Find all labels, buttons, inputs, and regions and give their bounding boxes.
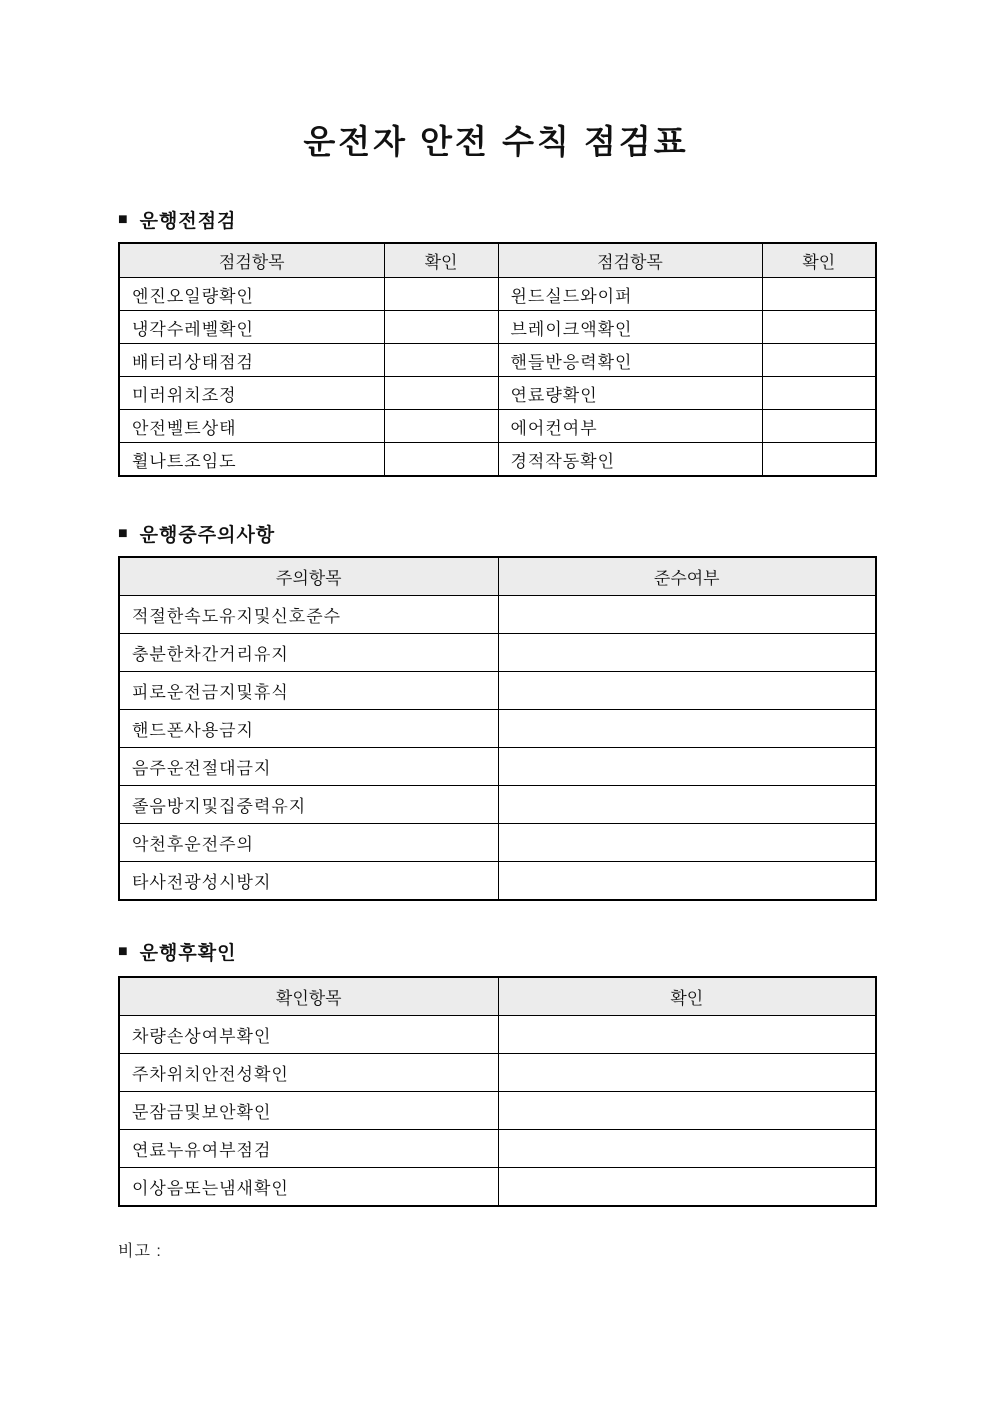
- check-item-cell: 문잠금및보안확인: [119, 1092, 498, 1130]
- while-driving-table: 주의항목 준수여부 적절한속도유지및신호준수 충분한차간거리유지 피로운전금지및…: [118, 556, 877, 901]
- check-item-cell: 음주운전절대금지: [119, 748, 498, 786]
- check-box-cell: [498, 596, 876, 634]
- check-box-cell: [762, 410, 876, 443]
- square-bullet-icon: ■: [118, 526, 129, 542]
- column-header-check: 확인: [762, 243, 876, 278]
- check-item-cell: 경적작동확인: [498, 443, 762, 477]
- check-box-cell: [762, 443, 876, 477]
- check-box-cell: [762, 344, 876, 377]
- table-header-row: 확인항목 확인: [119, 977, 876, 1016]
- check-box-cell: [498, 1168, 876, 1207]
- table-row: 충분한차간거리유지: [119, 634, 876, 672]
- table-header-row: 점검항목 확인 점검항목 확인: [119, 243, 876, 278]
- check-box-cell: [762, 377, 876, 410]
- column-header-check: 확인: [498, 977, 876, 1016]
- check-box-cell: [762, 311, 876, 344]
- check-item-cell: 엔진오일량확인: [119, 278, 384, 311]
- check-item-cell: 타사전광성시방지: [119, 862, 498, 901]
- check-item-cell: 브레이크액확인: [498, 311, 762, 344]
- table-row: 이상음또는냄새확인: [119, 1168, 876, 1207]
- check-box-cell: [498, 672, 876, 710]
- check-item-cell: 윈드실드와이퍼: [498, 278, 762, 311]
- check-item-cell: 피로운전금지및휴식: [119, 672, 498, 710]
- check-item-cell: 핸드폰사용금지: [119, 710, 498, 748]
- column-header-item: 점검항목: [119, 243, 384, 278]
- check-item-cell: 연료누유여부점검: [119, 1130, 498, 1168]
- pre-drive-table: 점검항목 확인 점검항목 확인 엔진오일량확인 윈드실드와이퍼 냉각수레벨확인 …: [118, 242, 877, 477]
- check-box-cell: [384, 278, 498, 311]
- table-row: 핸드폰사용금지: [119, 710, 876, 748]
- check-item-cell: 냉각수레벨확인: [119, 311, 384, 344]
- check-item-cell: 에어컨여부: [498, 410, 762, 443]
- table-row: 냉각수레벨확인 브레이크액확인: [119, 311, 876, 344]
- check-item-cell: 적절한속도유지및신호준수: [119, 596, 498, 634]
- table-row: 연료누유여부점검: [119, 1130, 876, 1168]
- check-box-cell: [498, 634, 876, 672]
- check-item-cell: 안전벨트상태: [119, 410, 384, 443]
- table-row: 휠나트조임도 경적작동확인: [119, 443, 876, 477]
- check-item-cell: 악천후운전주의: [119, 824, 498, 862]
- column-header-item: 확인항목: [119, 977, 498, 1016]
- check-box-cell: [498, 1092, 876, 1130]
- table-row: 안전벨트상태 에어컨여부: [119, 410, 876, 443]
- document-page: 운전자 안전 수칙 점검표 ■ 운행전점검 점검항목 확인 점검항목 확인 엔진…: [0, 0, 992, 1403]
- check-box-cell: [498, 1016, 876, 1054]
- check-box-cell: [384, 344, 498, 377]
- check-item-cell: 미러위치조정: [119, 377, 384, 410]
- check-item-cell: 충분한차간거리유지: [119, 634, 498, 672]
- table-row: 차량손상여부확인: [119, 1016, 876, 1054]
- column-header-item: 주의항목: [119, 557, 498, 596]
- table-row: 미러위치조정 연료량확인: [119, 377, 876, 410]
- check-item-cell: 졸음방지및집중력유지: [119, 786, 498, 824]
- table-row: 악천후운전주의: [119, 824, 876, 862]
- table-row: 타사전광성시방지: [119, 862, 876, 901]
- section-heading-label: 운행전점검: [140, 206, 237, 233]
- check-box-cell: [498, 862, 876, 901]
- check-item-cell: 배터리상태점검: [119, 344, 384, 377]
- check-box-cell: [498, 786, 876, 824]
- table-header-row: 주의항목 준수여부: [119, 557, 876, 596]
- post-drive-table: 확인항목 확인 차량손상여부확인 주차위치안전성확인 문잠금및보안확인 연료누유…: [118, 976, 877, 1207]
- remarks-label: 비고 :: [118, 1238, 162, 1261]
- table-row: 문잠금및보안확인: [119, 1092, 876, 1130]
- check-box-cell: [384, 311, 498, 344]
- check-box-cell: [498, 824, 876, 862]
- check-box-cell: [384, 377, 498, 410]
- table-row: 적절한속도유지및신호준수: [119, 596, 876, 634]
- check-item-cell: 차량손상여부확인: [119, 1016, 498, 1054]
- check-box-cell: [498, 710, 876, 748]
- check-item-cell: 이상음또는냄새확인: [119, 1168, 498, 1207]
- table-row: 음주운전절대금지: [119, 748, 876, 786]
- page-title: 운전자 안전 수칙 점검표: [0, 116, 992, 163]
- table-row: 엔진오일량확인 윈드실드와이퍼: [119, 278, 876, 311]
- table-row: 피로운전금지및휴식: [119, 672, 876, 710]
- check-item-cell: 핸들반응력확인: [498, 344, 762, 377]
- check-box-cell: [498, 1054, 876, 1092]
- section-heading-post-drive: ■ 운행후확인: [118, 938, 236, 965]
- check-box-cell: [384, 410, 498, 443]
- column-header-item: 점검항목: [498, 243, 762, 278]
- check-box-cell: [498, 748, 876, 786]
- column-header-check: 확인: [384, 243, 498, 278]
- check-item-cell: 휠나트조임도: [119, 443, 384, 477]
- check-item-cell: 연료량확인: [498, 377, 762, 410]
- section-heading-pre-drive: ■ 운행전점검: [118, 206, 236, 233]
- section-heading-label: 운행중주의사항: [140, 520, 275, 547]
- table-row: 배터리상태점검 핸들반응력확인: [119, 344, 876, 377]
- check-box-cell: [762, 278, 876, 311]
- section-heading-while-driving: ■ 운행중주의사항: [118, 520, 275, 547]
- check-box-cell: [384, 443, 498, 477]
- check-item-cell: 주차위치안전성확인: [119, 1054, 498, 1092]
- table-row: 졸음방지및집중력유지: [119, 786, 876, 824]
- square-bullet-icon: ■: [118, 212, 129, 228]
- table-row: 주차위치안전성확인: [119, 1054, 876, 1092]
- column-header-check: 준수여부: [498, 557, 876, 596]
- square-bullet-icon: ■: [118, 944, 129, 960]
- check-box-cell: [498, 1130, 876, 1168]
- section-heading-label: 운행후확인: [140, 938, 237, 965]
